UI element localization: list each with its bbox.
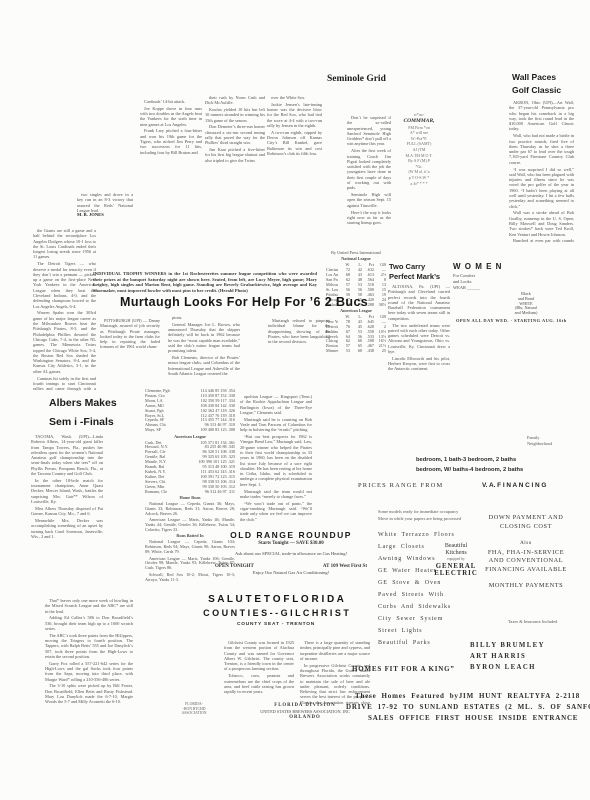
paragraph: Adding Ed Callea’s 586 to Don Broadfield… [45, 615, 133, 631]
paragraph: Cardinals’ 14-hit attack. [140, 99, 202, 104]
table-cell: 25 [374, 349, 386, 353]
kitchens-line1: Beautiful [432, 543, 480, 550]
trophy-caption: INDIVIDUAL TROPHY WINNERS in the 1st Roc… [93, 271, 317, 294]
women-ad-lines: For Comfortand LooksWEAR ______ [453, 273, 497, 291]
table-cell: 4 bedroom, 2 baths [470, 466, 523, 476]
paragraph: Murtaugh said the team would not make tr… [240, 489, 312, 500]
table-cell: 3 bedroom, 2 baths [463, 456, 516, 466]
occupancy-lines: Some models ready for immediate occupanc… [378, 508, 461, 522]
roundup-column-1: Cardinals’ 14-hit attack.Joe Koppe drove… [140, 99, 202, 231]
paragraph: “I was surprised I did so well,” said Wa… [509, 167, 574, 209]
table-cell: .438 [362, 349, 374, 353]
salute-title-line2: C O U N T I E S - - G I L C H R I S T [170, 606, 382, 620]
women-ad-title: W O M E N [453, 262, 502, 271]
paragraph: the Giants are still a game and a half b… [33, 228, 96, 260]
paragraph: their rush by Norm Cash and Dick McAulif… [205, 95, 265, 106]
old-range-ask: Ask about our SPECIAL trade-in allowance… [229, 551, 353, 556]
line: BYRON LEACH [470, 662, 545, 673]
paragraph: In the other 18-hole match for tournamen… [31, 478, 103, 504]
paragraph: Don’t be surprised if the so-called unex… [347, 115, 391, 147]
down-payment-line1: DOWN PAYMENT AND [480, 514, 572, 523]
table-cell: Romano, Cle [145, 490, 205, 495]
line: Some models ready for immediate occupanc… [378, 508, 461, 515]
financing-block: DOWN PAYMENT AND CLOSING COST Also FHA, … [480, 514, 572, 591]
paragraph: Frank Lary pitched a four-hitter and won… [140, 128, 202, 154]
brewers-logo: FLORIDA--HON RTCHDASSOCIATION [178, 702, 210, 716]
table-cell: bedroom, 1 bath [416, 456, 461, 466]
paragraph: Miss Albers Thursday disposed of Pat Gar… [31, 506, 103, 517]
paragraph: That* leaves only one more week of bowli… [45, 598, 133, 614]
paragraph: PITTSBURGH (UPI) — Danny Murtaugh, assur… [100, 318, 160, 350]
kitchens-line2: Kitchens [432, 550, 480, 557]
table-row: Romano, Cle96 312 46 97 .311 [145, 490, 235, 495]
line: Curbs And Sidewalks [378, 601, 478, 613]
line: GE Stove & Oven [378, 577, 478, 589]
table-cell: 109 400 83 123 .308 [200, 428, 235, 433]
paragraph: Seminole High will open the season Sept.… [347, 192, 391, 208]
table-cell: bedroom, W/ baths [416, 466, 468, 476]
golf-headline-line1: Wall Paces [512, 72, 556, 82]
paragraph: The ABC’s took three points from the HiU… [45, 633, 133, 659]
paragraph: Wall was a stroke ahead of Bob Goalby, r… [509, 210, 574, 236]
paragraph: Garry Fox rolled a 557-221-642 series fo… [45, 661, 133, 682]
paragraph: Murtaugh refused to pinpoint individual … [268, 318, 330, 344]
realty-name: JIM HUNT REALTY [459, 691, 541, 701]
paragraph: Joe Koppe drove in four runs with two do… [140, 106, 202, 127]
ge-line2: ELECTRIC [432, 570, 480, 578]
table-cell: 96 312 46 97 .311 [205, 490, 235, 495]
drive-line: DRIVE 17-92 TO SUNLAND ESTATES (2 ML. S.… [346, 702, 590, 712]
line: a Jo* * * * [395, 181, 443, 187]
old-range-sub: Starts Tonight — SAVE $30.00 [215, 540, 367, 547]
albers-article: TACOMA, Wash. (UPI)—Linda Roberta Albers… [31, 434, 103, 572]
paragraph: Don Demeter’s three-run homer climaxed a… [205, 124, 265, 145]
kitchens-block: Beautiful Kitchens equipped by GENERAL E… [432, 543, 480, 578]
old-range-open-left: OPEN TONIGHT [215, 564, 254, 570]
fha-line3: FINANCING AVAILABLE [480, 566, 572, 575]
perfect-marks-headline-line1: Two Carry [389, 262, 425, 271]
old-range-enjoy: Enjoy Our Natural Gas Air Conditioning! [215, 570, 367, 576]
paragraph: “But our best prospects for 1962 is Vine… [240, 434, 312, 487]
family-neighborhood: Family Neighborhood [527, 435, 552, 446]
fha-line2: AND CONVENTIONAL [480, 557, 572, 566]
table-cell: 68 [350, 349, 362, 353]
line: Move in while your papers are being proc… [378, 515, 461, 522]
bedroom-lines: bedroom, 1 bath-3 bedroom, 2 bathsbedroo… [416, 456, 566, 475]
line: COMMMAR, [395, 118, 443, 125]
paragraph: Wall, who had not made a birdie in two p… [509, 133, 574, 165]
paragraph: The 3-10 splits were picked up by Bill F… [45, 683, 133, 704]
salute-heading: S A L U T E T O F L O R I D A C O U N T … [170, 594, 382, 630]
sales-office-line: SALES OFFICE FIRST HOUSE INSIDE ENTRANCE [368, 713, 578, 723]
newspaper-page: Cardinals’ 14-hit attack.Joe Koppe drove… [0, 0, 590, 800]
paragraph: The two undefeated teams were paired wit… [388, 323, 450, 355]
fha-line1: FHA, FHA-IN-SERVICE [480, 549, 572, 558]
paragraph: General Manager Joe L. Brown, who announ… [168, 322, 240, 354]
batting-al-label: American League [145, 435, 235, 440]
line: Street Lights [378, 625, 478, 637]
spacer [480, 531, 572, 540]
down-payment-line2: CLOSING COST [480, 523, 572, 532]
paragraph: There is a large quantity of standing ti… [300, 640, 370, 661]
perfect-marks-headline-line2: Perfect Mark’s [389, 272, 440, 281]
bowling-column: That* leaves only one more week of bowli… [45, 598, 133, 773]
paragraph: Here’s the way it looks right now as far… [347, 210, 391, 226]
homes-fit-king: HOMES FIT FOR A KING” [352, 665, 455, 673]
paragraph: A two-run eighth, capped by Deron Johnso… [267, 130, 322, 156]
ge-line1: GENERAL [432, 563, 480, 571]
line: White Terrazzo Floors [378, 529, 478, 541]
line: WEAR ______ [453, 285, 497, 291]
old-range-title: OLD RANGE ROUNDUP [215, 530, 367, 540]
salute-column-1: Gilchrist County was formed in 1925 from… [224, 640, 294, 704]
paragraph: The Detroit Tigers — who deserve a medal… [33, 261, 96, 309]
classified-ad: cr*no-COMMMAR,FM Firm *onA* will seeW>Pr… [395, 112, 443, 194]
perfect-marks-article: ALTOONA, Pa. (UPI) — Pittsburgh and Clev… [388, 284, 450, 398]
old-range-ad: OLD RANGE ROUNDUP Starts Tonight — SAVE … [215, 530, 367, 576]
table-row: bedroom, W/ baths-4 bedroom, 2 baths [416, 466, 566, 476]
line: Paved Streets With [378, 589, 478, 601]
paragraph: After the first week of training Coach J… [347, 148, 391, 190]
line: City Sewer System [378, 613, 478, 625]
batting-nl-rows: Clemente, Pgh114 446 85 158 .354Pinson, … [145, 389, 235, 433]
table-row: Mays, SF109 400 83 123 .308 [145, 428, 235, 433]
albers-headline-line2: Sem i -Finals [49, 416, 114, 428]
golf-article: AKRON, Ohio (UPI)—Art Wall, the 37-year-… [509, 100, 574, 245]
standings-al-label: American League [326, 309, 386, 314]
paragraph: Jackie Jensen’s late-inning homer was th… [267, 102, 322, 128]
roundup-byline: M. B. JONES [77, 212, 104, 217]
paragraph: Murtaugh said he is counting on Bob Veal… [240, 417, 312, 433]
paragraph: Warren Spahn won the 303rd game of his m… [33, 310, 96, 374]
women-ad-brand: Blackand BondWHITE(Blu, Naturaland Mediu… [505, 292, 547, 316]
spacer [480, 574, 572, 582]
seminole-grid-headline: Seminole Grid [327, 74, 386, 84]
taxes-included: Taxes & Insurance Included [508, 619, 557, 624]
women-ad-footer: OPEN ALL DAY WED. - STARTING AUG. 16th [456, 318, 567, 323]
paragraph: Meanwhile Mrs. Decker was accomplishing … [31, 518, 103, 539]
table-cell: 53 [338, 349, 350, 353]
albers-headline-line1: Albers Makes [49, 397, 117, 409]
batting-al-rows: Cash, Det105 371 81 134 .361Howard, N.Y.… [145, 441, 235, 495]
paragraph: Jim Kaat pitched a five-hitter for his f… [205, 147, 265, 163]
line: Beautiful Parks [378, 637, 478, 649]
table-row: bedroom, 1 bath-3 bedroom, 2 baths [416, 456, 566, 466]
murtaugh-headline: Murtaugh Looks For Help For ’6 2 Bucs [120, 295, 368, 309]
paragraph: Bunched at even par with rounds of 70 we… [509, 238, 574, 245]
paragraph: apolitan League — Kingsport (Tenn.) of t… [240, 394, 312, 415]
murtaugh-column-2: pions.General Manager Joe L. Brown, who … [168, 315, 240, 398]
family-line2: Neighborhood [527, 441, 552, 447]
line: and Medium) [505, 311, 547, 316]
prices-range-label: PRICES RANGE FROM [358, 482, 443, 490]
paragraph: National League — Cepeda, Giants 36; May… [145, 502, 235, 517]
table-row: Minnesota5368.43825 [326, 349, 386, 353]
standings-nl-label: National League [326, 257, 386, 262]
paragraph: Lincoln Ellsworth and his pilot, Herbert… [388, 356, 450, 372]
monthly-payments: MONTHLY PAYMENTS [480, 582, 572, 591]
featured-by-line: These Homes Featured by JIM HUNT REALTY … [355, 691, 555, 701]
standings-source: By United Press International [326, 251, 386, 256]
paragraph: over the White Sox. [267, 95, 322, 100]
also-label: Also [480, 540, 572, 549]
paragraph: AKRON, Ohio (UPI)—Art Wall, the 37-year-… [509, 100, 574, 132]
paragraph: Tobacco, corn, peanuts and watermelons a… [224, 673, 294, 694]
home-runs-lines: National League — Cepeda, Giants 36; May… [145, 502, 235, 533]
line: ASSOCIATION [178, 711, 210, 716]
line: ART HARRIS [470, 651, 545, 662]
paragraph: pions. [168, 315, 240, 320]
roundup-left-column: the Giants are still a game and a half b… [33, 228, 96, 391]
paragraph: Gilchrist County was formed in 1925 from… [224, 640, 294, 672]
old-range-open-right: AT 109 West First St [323, 564, 367, 570]
paragraph: Koufax yielded 10 hits but left 10 runne… [205, 107, 265, 123]
salute-county-seat: COUNTY SEAT - TRENTON [170, 620, 382, 630]
brewers-city: ORLANDO [235, 715, 375, 721]
murtaugh-column-1: PITTSBURGH (UPI) — Danny Murtaugh, assur… [100, 318, 160, 398]
roundup-note: two singles and drove in a key run in an… [77, 192, 133, 214]
table-cell: 38½ [374, 303, 386, 308]
va-financing-label: V. A. F I N A N C I N G [482, 482, 546, 490]
paragraph: “We won’t trade out of panic,” the cigar… [240, 501, 312, 522]
paragraph: two singles and drove in a key run in an… [77, 192, 133, 213]
salute-title-line1: S A L U T E T O F L O R I D A [170, 594, 382, 606]
line: BILLY BRUMLEY [470, 640, 545, 651]
golf-headline-line2: Golf Classic [512, 85, 561, 95]
roundup-column-2: their rush by Norm Cash and Dick McAulif… [205, 95, 265, 231]
paragraph: ALTOONA, Pa. (UPI) — Pittsburgh and Clev… [388, 284, 450, 321]
paragraph: Caminas hit safely in the first and four… [33, 376, 96, 391]
realty-phone: FA 2-2118 [541, 691, 580, 701]
paragraph: TACOMA, Wash. (UPI)—Linda Roberta Albers… [31, 434, 103, 476]
featured-by-text: These Homes Featured by [355, 691, 459, 701]
murtaugh-column-3: Murtaugh refused to pinpoint individual … [268, 318, 330, 398]
table-cell: Mays, SF [145, 428, 200, 433]
standings-al-rows: New York7843.645—Detroit7645.6282Baltimo… [326, 320, 386, 353]
roundup-column-3: over the White Sox.Jackie Jensen’s late-… [267, 95, 322, 231]
agent-names: BILLY BRUMLEYART HARRISBYRON LEACH [470, 640, 545, 673]
paragraph: Bob Clements, director of the Pirates’ m… [168, 355, 240, 376]
